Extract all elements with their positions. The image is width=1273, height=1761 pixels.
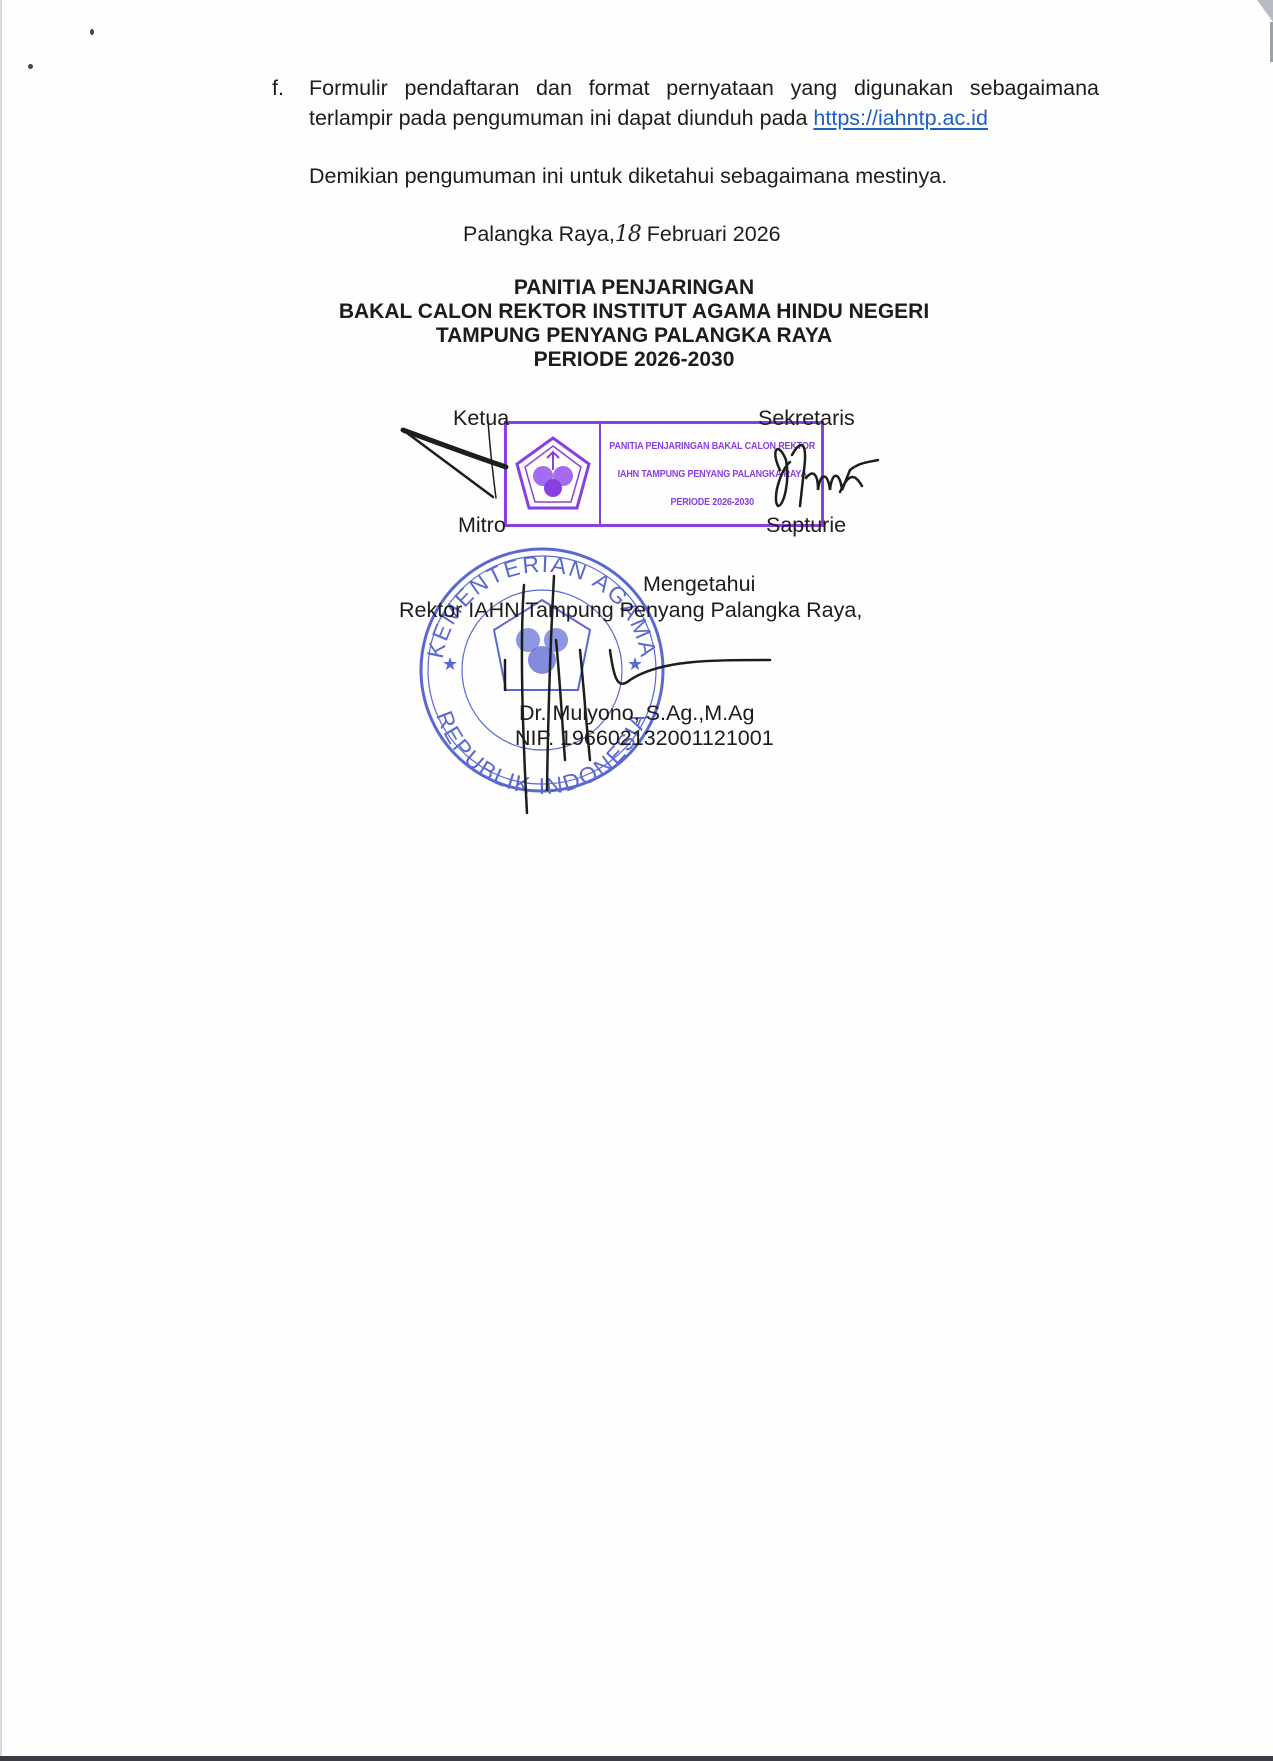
document-page: f. Formulir pendaftaran dan format perny… [0,0,1273,1761]
ketua-label: Ketua [453,405,509,431]
signatures [0,0,1273,1761]
month-year: Februari 2026 [641,222,781,246]
scan-speck [28,64,33,69]
list-item-line-2-text: terlampir pada pengumuman ini dapat diun… [309,106,813,130]
ketua-name: Mitro [458,512,506,538]
closing-statement: Demikian pengumuman ini untuk diketahui … [309,161,947,191]
emblem-icon [507,424,599,524]
sekretaris-name: Sapturie [766,512,846,538]
scan-edge-bottom [0,1756,1273,1761]
heading-line: TAMPUNG PENYANG PALANGKA RAYA [230,324,1038,348]
heading-line: PERIODE 2026-2030 [230,348,1038,372]
svg-text:★: ★ [627,654,643,675]
approval-label: Mengetahui [643,571,755,597]
list-item-line-2: terlampir pada pengumuman ini dapat diun… [309,103,1099,133]
stamp-line: IAHN TAMPUNG PENYANG PALANGKA RAYA [603,460,821,488]
committee-heading: PANITIA PENJARINGAN BAKAL CALON REKTOR I… [230,276,1038,372]
heading-line: PANITIA PENJARINGAN [230,276,1038,300]
scan-speck [90,29,94,35]
sekretaris-label: Sekretaris [758,405,855,431]
official-seal: KEMENTERIAN AGAMA REPUBLIK INDONESIA ★ ★ [0,0,1273,1761]
ketua-signature-icon [403,420,506,498]
list-item-line-1: Formulir pendaftaran dan format pernyata… [309,73,1099,103]
rector-nip: NIP. 196602132001121001 [515,725,774,751]
heading-line: BAKAL CALON REKTOR INSTITUT AGAMA HINDU … [230,300,1038,324]
svg-text:★: ★ [442,654,458,675]
place-date: Palangka Raya,18 Februari 2026 [463,219,781,250]
folded-corner [1257,0,1273,22]
stamp-text: PANITIA PENJARINGAN BAKAL CALON REKTOR I… [603,432,821,516]
download-link[interactable]: https://iahntp.ac.id [813,106,988,130]
place: Palangka Raya, [463,222,615,246]
handwritten-day: 18 [615,222,641,247]
list-item-marker: f. [272,73,284,103]
scan-edge-left [0,0,2,1761]
list-item-text: Formulir pendaftaran dan format pernyata… [309,73,1099,133]
stamp-emblem-box [507,424,601,524]
rector-name: Dr. Mulyono, S.Ag.,M.Ag [519,700,754,726]
stamp-line: PANITIA PENJARINGAN BAKAL CALON REKTOR [603,432,821,460]
rector-title: Rektor IAHN Tampung Penyang Palangka Ray… [399,597,862,623]
